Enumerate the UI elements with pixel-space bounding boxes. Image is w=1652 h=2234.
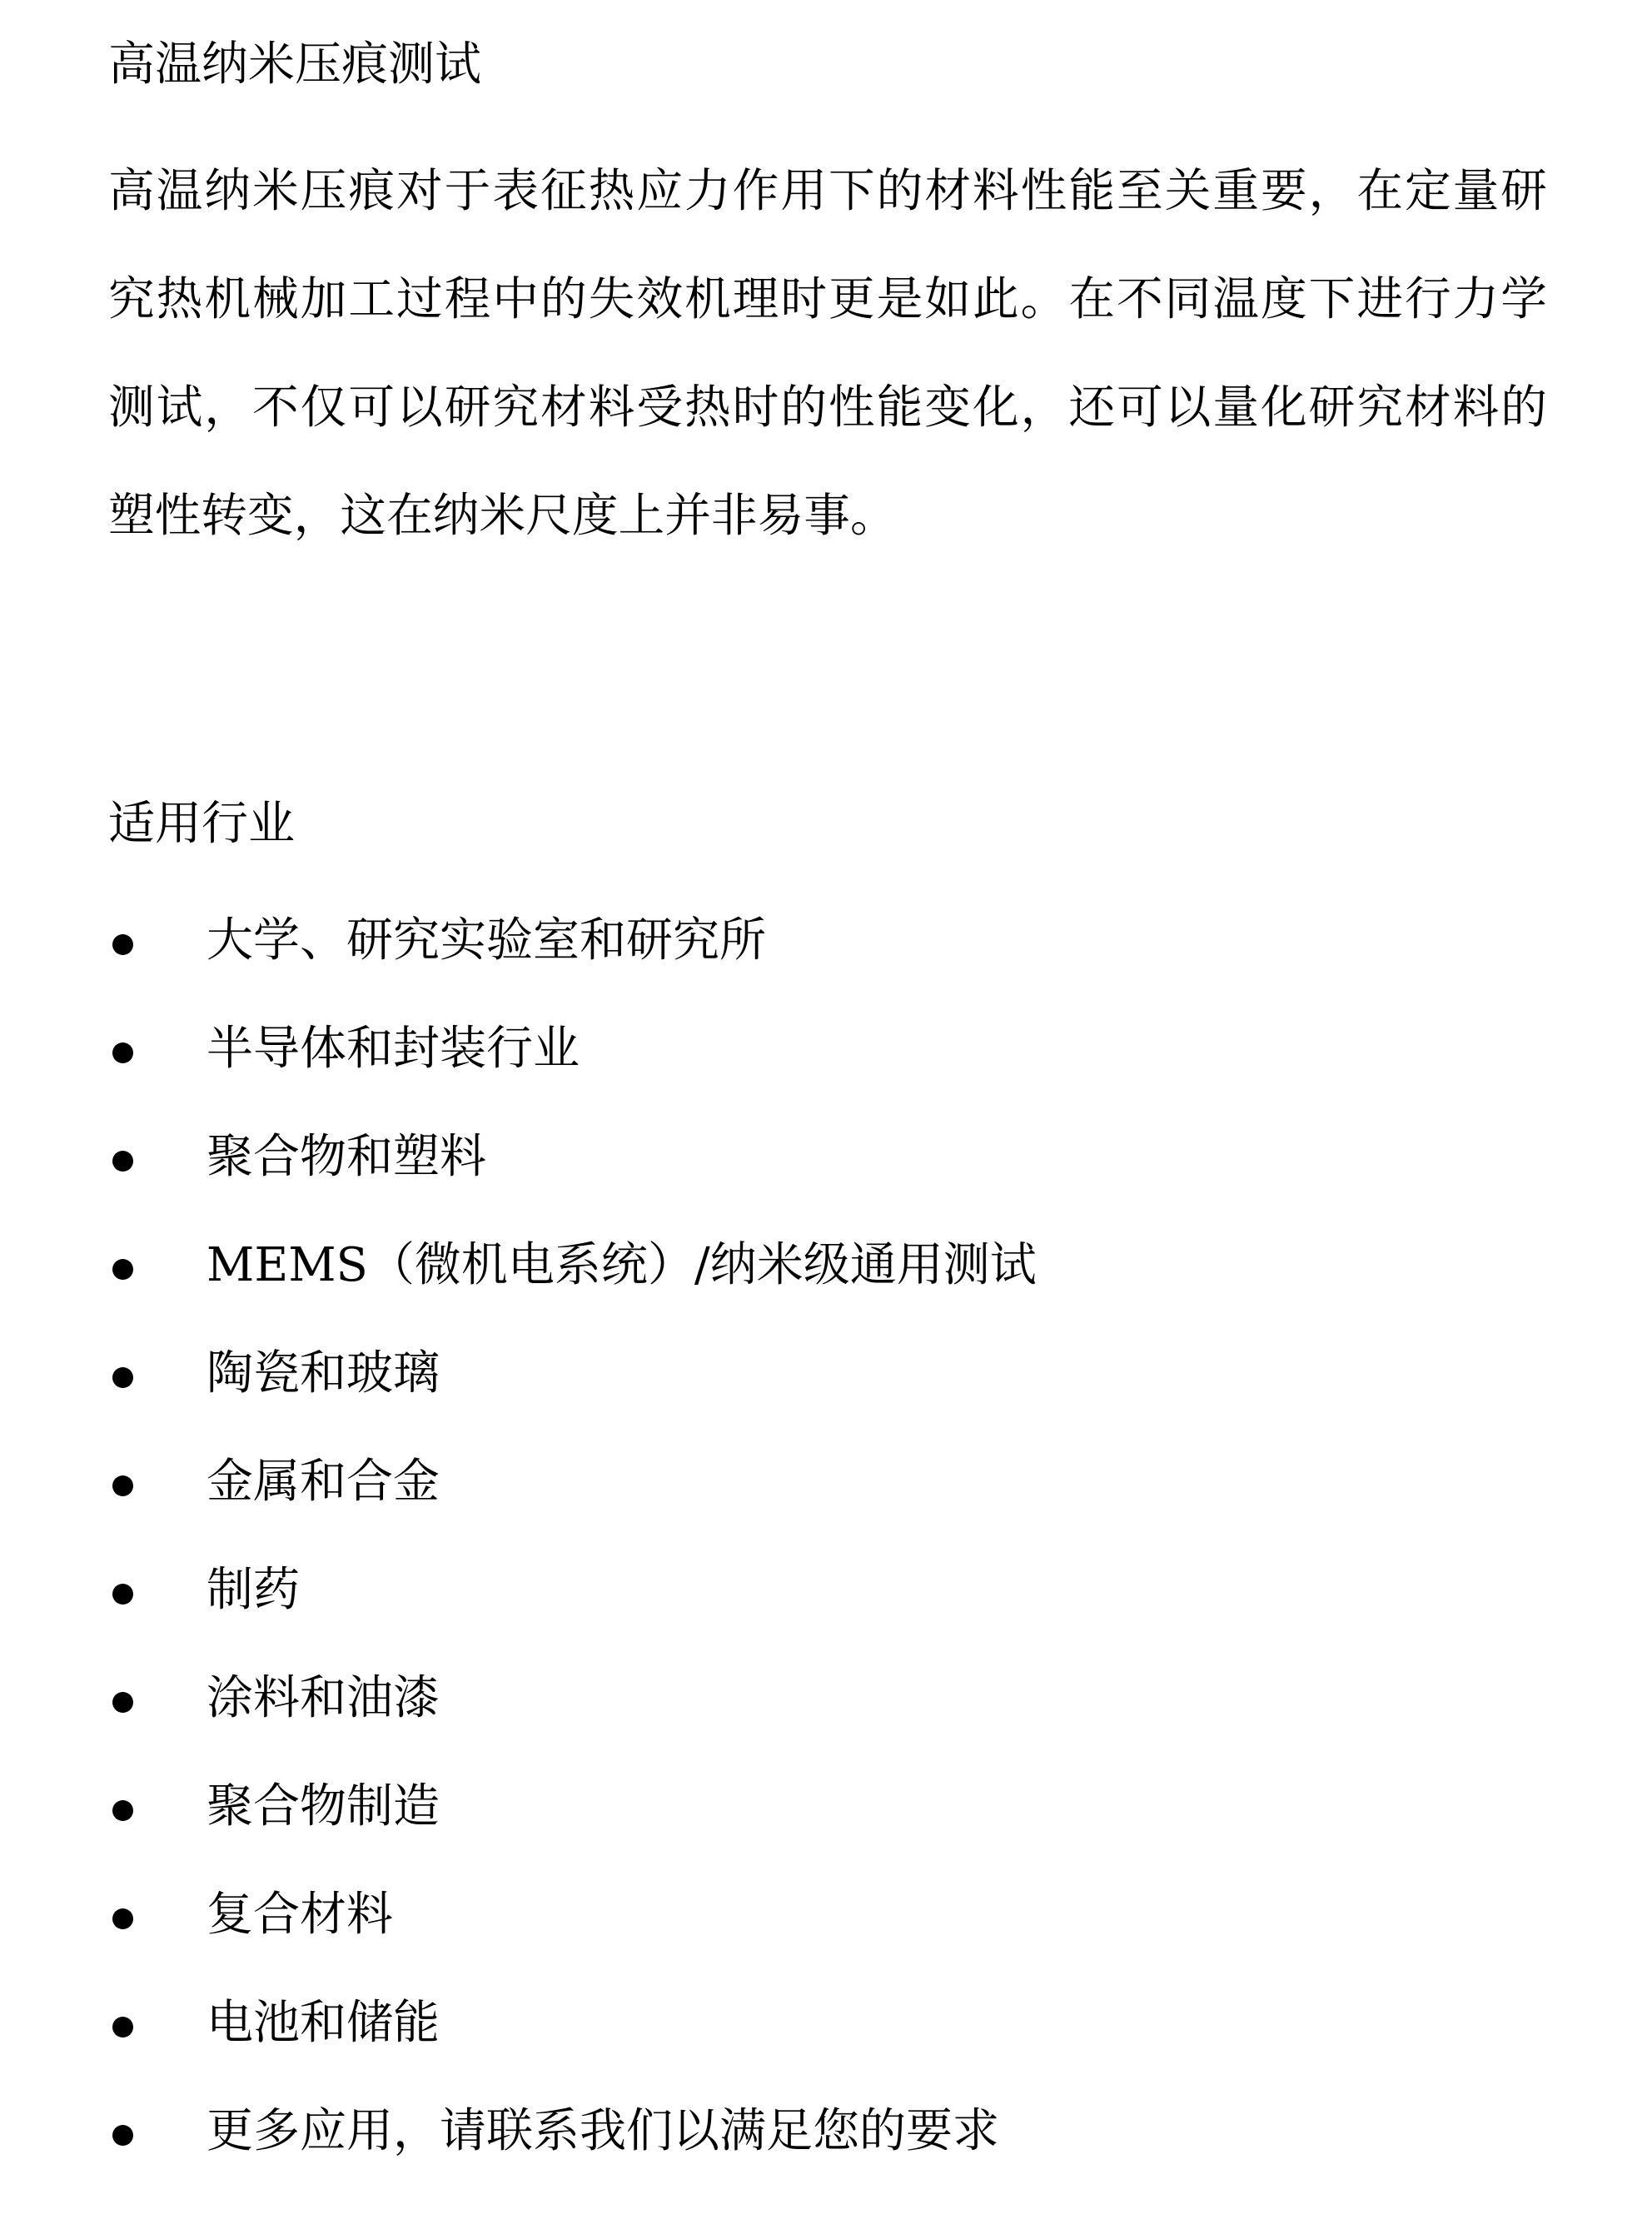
bullet-icon xyxy=(112,1475,133,1496)
list-item-text: 复合材料 xyxy=(206,1861,393,1969)
intro-line: 高温纳米压痕对于表征热应力作用下的材料性能至关重要，在定量研 xyxy=(108,137,1547,246)
list-item-text: 陶瓷和玻璃 xyxy=(206,1320,440,1428)
bullet-icon xyxy=(112,1584,133,1605)
list-item-text: 聚合物和塑料 xyxy=(206,1103,486,1212)
bullet-icon xyxy=(112,1908,133,1929)
intro-line: 究热机械加工过程中的失效机理时更是如此。在不同温度下进行力学 xyxy=(108,246,1547,354)
intro-line: 测试，不仅可以研究材料受热时的性能变化，还可以量化研究材料的 xyxy=(108,354,1547,462)
bullet-icon xyxy=(112,1259,133,1280)
list-item-text: 大学、研究实验室和研究所 xyxy=(206,887,766,995)
bullet-icon xyxy=(112,1151,133,1172)
list-item-text: MEMS（微机电系统）/纳米级通用测试 xyxy=(206,1212,1037,1320)
list-item-text: 金属和合金 xyxy=(206,1428,440,1536)
industries-heading: 适用行业 xyxy=(108,787,295,862)
list-item-text: 电池和储能 xyxy=(206,1969,440,2077)
bullet-icon xyxy=(112,1042,133,1063)
list-item-text: 半导体和封装行业 xyxy=(206,995,580,1103)
bullet-icon xyxy=(112,1692,133,1713)
bullet-icon xyxy=(112,934,133,955)
bullet-icon xyxy=(112,2125,133,2146)
list-item-text: 更多应用，请联系我们以满足您的要求 xyxy=(206,2077,999,2186)
list-item-text: 涂料和油漆 xyxy=(206,1644,440,1753)
intro-line: 塑性转变，这在纳米尺度上并非易事。 xyxy=(108,462,1547,570)
bullet-icon xyxy=(112,1800,133,1821)
list-item-text: 制药 xyxy=(206,1536,300,1644)
bullet-icon xyxy=(112,1367,133,1388)
intro-paragraph: 高温纳米压痕对于表征热应力作用下的材料性能至关重要，在定量研 究热机械加工过程中… xyxy=(108,137,1547,570)
bullet-icon xyxy=(112,2017,133,2037)
list-item-text: 聚合物制造 xyxy=(206,1753,440,1861)
document-title: 高温纳米压痕测试 xyxy=(108,32,481,98)
